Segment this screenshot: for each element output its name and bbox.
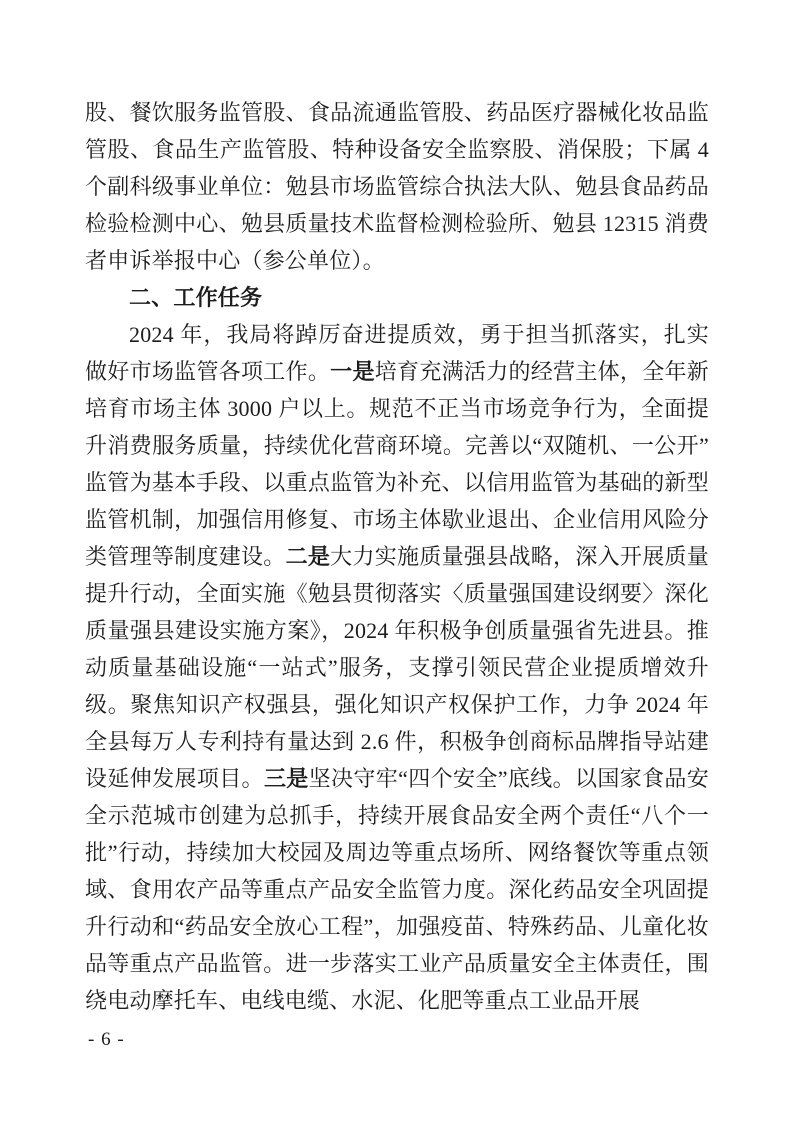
text-run: 培育充满活力的经营主体，全年新培育市场主体 3000 户以上。规范不正当市场竞争… (85, 359, 709, 569)
paragraph-org-structure: 股、餐饮服务监管股、食品流通监管股、药品医疗器械化妆品监管股、食品生产监管股、特… (85, 94, 709, 279)
text-run-emphasis-first: 一是 (330, 359, 375, 384)
text-run-emphasis-third: 三是 (264, 766, 309, 791)
text-run: 坚决守牢“四个安全”底线。以国家食品安全示范城市创建为总抓手，持续开展食品安全两… (85, 766, 709, 1013)
text-run: 大力实施质量强县战略，深入开展质量提升行动，全面实施《勉县贯彻落实〈质量强国建设… (85, 544, 709, 791)
page-number: - 6 - (88, 1028, 125, 1052)
document-page: 股、餐饮服务监管股、食品流通监管股、药品医疗器械化妆品监管股、食品生产监管股、特… (0, 0, 793, 1122)
page-content: 股、餐饮服务监管股、食品流通监管股、药品医疗器械化妆品监管股、食品生产监管股、特… (85, 94, 709, 1019)
paragraph-work-tasks: 2024 年，我局将踔厉奋进提质效，勇于担当抓落实，扎实做好市场监管各项工作。一… (85, 316, 709, 1019)
section-heading-work-tasks: 二、工作任务 (85, 279, 709, 316)
text-run-emphasis-second: 二是 (286, 544, 331, 569)
